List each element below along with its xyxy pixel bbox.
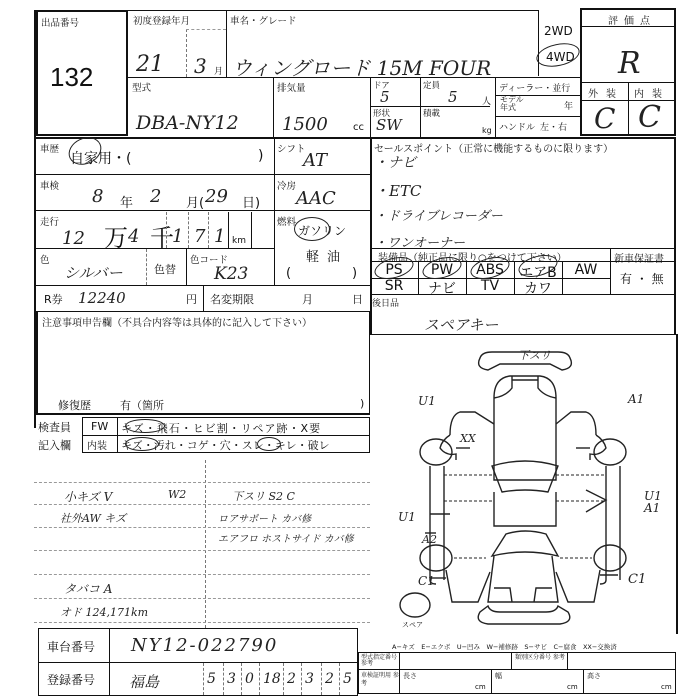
dotted-divider	[321, 663, 322, 695]
interior-circle-2	[257, 437, 281, 451]
recycle-value: 12240	[78, 289, 126, 307]
capacity-value: 5	[448, 88, 458, 106]
divider	[370, 334, 676, 335]
shape-value: SW	[376, 116, 402, 134]
mileage-sen: 4	[128, 226, 139, 247]
warranty-options: 有 ・ 無	[620, 270, 664, 287]
divider	[36, 210, 370, 211]
fuel-circle	[294, 217, 330, 241]
handle-options: 左・右	[540, 120, 567, 133]
model-code-label: 型式	[132, 80, 151, 94]
history-label: 車歴	[40, 141, 59, 155]
dealer-label: ディーラー・並行	[499, 81, 570, 94]
divider	[203, 285, 204, 311]
diagram-mark-front-left: U1	[418, 394, 436, 408]
divider	[228, 212, 229, 248]
lot-box: 出品番号 132	[36, 10, 128, 136]
repair-history-label: 修復歴	[58, 397, 91, 413]
model-code-value: DBA-NY12	[136, 112, 239, 134]
divider	[186, 249, 187, 285]
divider	[117, 418, 118, 452]
dotted-divider	[146, 249, 147, 285]
exterior-label: 外装	[588, 85, 624, 100]
equip-leather: カワ	[514, 278, 562, 298]
load-unit: kg	[482, 126, 492, 135]
diagram-mark-right-door: U1 A1	[644, 490, 664, 514]
divider	[36, 137, 676, 139]
warranty-label: 新車保証書	[614, 250, 664, 265]
reg-digit: 2	[325, 671, 334, 687]
interior-label: 内装	[634, 85, 670, 100]
reg-digit: 0	[245, 671, 254, 687]
divider	[567, 653, 568, 669]
first-reg-month: 3	[194, 54, 207, 78]
load-label: 積載	[423, 107, 440, 119]
inspection-day: 29	[205, 186, 228, 207]
fw-circle	[125, 419, 165, 433]
doors-value: 5	[380, 88, 390, 106]
lot-number: 132	[50, 62, 93, 93]
chassis-table: 車台番号 NY12-022790 登録番号 福島 5 3 0 18 2 3 2 …	[38, 628, 358, 696]
divider	[491, 669, 492, 693]
length-unit: cm	[475, 683, 486, 691]
mileage-label: 走行	[40, 214, 59, 228]
ac-label: 冷房	[277, 178, 296, 192]
repair-yes: 有（箇所	[120, 397, 164, 413]
color-value: シルバー	[64, 262, 123, 283]
note-left-4: タバコ A	[64, 580, 112, 597]
diagram-mark-rear-right: C1	[628, 572, 646, 587]
dotted-divider	[241, 663, 242, 695]
dotted-divider	[283, 663, 284, 695]
dotted-divider	[186, 29, 226, 30]
mileage-d2: 7	[194, 226, 205, 247]
equip-sr: SR	[370, 278, 418, 294]
note-line	[34, 527, 370, 528]
divider	[495, 77, 496, 137]
diagram-mark-left-door: U1	[398, 510, 416, 524]
diagram-mark-left-sill: A2	[422, 533, 437, 546]
divider	[495, 116, 580, 117]
dotted-divider	[339, 663, 340, 695]
right-frame	[676, 334, 678, 634]
displacement-label: 排気量	[277, 80, 306, 94]
diagram-mark-rear-left: C1	[418, 574, 435, 588]
fw-label: FW	[91, 420, 108, 433]
registration-label: 登録番号	[47, 671, 95, 688]
divider	[420, 77, 421, 137]
color-code-value: K23	[214, 264, 248, 284]
displacement-value: 1500	[282, 114, 328, 135]
interior-label: 内装	[87, 437, 107, 452]
spare-label: スペア	[402, 620, 423, 630]
note-line	[34, 574, 370, 575]
repaint-label: 色替	[154, 261, 176, 277]
sales-point-1: ・ナビ	[374, 152, 416, 172]
notes-label: 注意事項申告欄（不具合内容等は具体的に記入して下さい）	[42, 314, 312, 329]
right-frame	[674, 137, 676, 335]
divider	[511, 653, 512, 669]
reg-digit: 5	[343, 671, 352, 687]
divider	[273, 77, 274, 137]
recycle-label: R券	[44, 291, 63, 307]
reg-digit: 3	[305, 671, 314, 687]
fuel-other-close: )	[352, 266, 357, 281]
name-change-label: 名変期限	[210, 291, 254, 307]
dotted-divider	[186, 29, 187, 77]
divider	[370, 77, 371, 137]
divider	[359, 669, 675, 670]
divider	[251, 212, 252, 248]
model-year-unit: 年	[564, 99, 573, 112]
registration-region: 福島	[129, 671, 159, 692]
inspection-month: 2	[150, 186, 161, 207]
reg-digit: 3	[227, 671, 236, 687]
ac-value: AAC	[296, 188, 336, 209]
divider	[128, 77, 580, 78]
fuel-diesel: 軽油	[306, 246, 348, 265]
divider	[370, 294, 676, 295]
inspector-table: FW キズ・飛石・ヒビ割・リペア跡・X要 内装 キズ・汚れ・コゲ・穴・スレ・キレ…	[82, 417, 370, 453]
notes-box: 注意事項申告欄（不具合内容等は具体的に記入して下さい） 修復歴 有（箇所 )	[36, 311, 370, 415]
dotted-divider	[301, 663, 302, 695]
score-label: 評価点	[608, 12, 656, 27]
note-right-3: エアフロ ホストサイド カバ修	[218, 530, 354, 545]
inspector-label-1: 検査員	[38, 419, 71, 435]
top-border	[128, 10, 538, 11]
dotted-divider	[166, 212, 167, 248]
note-right-2: ロアサポート カバ修	[218, 510, 311, 525]
drive-4wd-circle	[534, 40, 582, 71]
height-unit: cm	[661, 683, 672, 691]
dotted-divider	[208, 212, 209, 248]
name-change-month: 月	[302, 291, 313, 307]
repair-close: )	[360, 397, 364, 410]
divider	[610, 248, 611, 294]
lot-label: 出品番号	[41, 15, 79, 29]
divider	[39, 662, 357, 663]
divider	[274, 137, 275, 285]
score-interior: C	[638, 100, 661, 135]
later-items-value: スペアキー	[424, 314, 498, 335]
diagram-mark-hood: XX	[460, 432, 476, 445]
width-unit: cm	[567, 683, 578, 691]
first-reg-year: 21	[136, 52, 164, 77]
note-left-3: 社外AW キズ	[60, 510, 126, 526]
inspection-year: 8	[92, 186, 103, 207]
shift-label: シフト	[277, 141, 306, 155]
dotted-divider	[223, 663, 224, 695]
model-year-label: モデル年式	[500, 96, 530, 112]
fuel-label: 燃料	[277, 214, 296, 228]
drive-2wd: 2WD	[544, 24, 573, 38]
car-name-label: 車名・グレード	[230, 13, 297, 27]
inspection-label: 車検	[40, 178, 59, 192]
note-line	[34, 550, 370, 551]
inspection-year-unit: 年	[120, 192, 133, 211]
length-label: 長さ	[403, 671, 417, 681]
dotted-divider	[203, 663, 204, 695]
note-line	[34, 598, 370, 599]
equip-tv: TV	[466, 278, 514, 294]
mileage-unit: km	[232, 236, 246, 246]
reference-table: 型式指定番号 参考 類別区分番号 参考 車検証明用 参考 長さ cm 幅 cm …	[358, 652, 676, 694]
note-left-2: W2	[168, 488, 186, 501]
divider	[36, 174, 370, 175]
divider	[36, 248, 274, 249]
mileage-man: 12	[62, 228, 85, 249]
handle-label: ハンドル	[499, 120, 535, 133]
sales-point-3: ・ドライブレコーダー	[374, 205, 503, 224]
capacity-label: 定員	[423, 79, 440, 91]
equip-aw: AW	[562, 262, 610, 278]
note-right-1: 下スリ S2 C	[232, 488, 295, 504]
inspection-month-unit: 月(	[186, 192, 204, 211]
recycle-unit: 円	[186, 291, 197, 307]
mileage-d1: 1	[172, 226, 183, 247]
type-designation-label: 型式指定番号 参考	[361, 655, 399, 667]
later-items-label: 後日品	[372, 296, 399, 309]
damage-legend: A−キズ E−エクボ U−凹み W−補修跡 S−サビ C−腐食 XX−交換済	[392, 642, 617, 651]
reg-digit: 2	[287, 671, 296, 687]
score-exterior: C	[594, 102, 615, 135]
score-overall: R	[618, 46, 641, 81]
divider	[226, 10, 227, 78]
color-label: 色	[40, 252, 50, 266]
chassis-label: 車台番号	[47, 638, 95, 655]
dimensions-label: 車検証明用 参考	[361, 672, 399, 688]
sales-point-2: ・ETC	[374, 180, 421, 201]
reg-digit: 5	[207, 671, 216, 687]
dotted-divider	[188, 212, 189, 248]
category-label: 類別区分番号 参考	[515, 655, 565, 661]
displacement-unit: cc	[353, 122, 364, 133]
score-box: 評価点 R 外装 内装 C C	[580, 8, 676, 136]
diagram-mark-front-bumper: 下スリ	[518, 347, 551, 363]
height-label: 高さ	[587, 671, 601, 681]
interior-circle	[125, 437, 159, 451]
shift-value: AT	[303, 150, 327, 171]
first-reg-label: 初度登録年月	[133, 13, 190, 27]
divider	[628, 82, 629, 134]
note-line	[34, 482, 370, 483]
divider	[583, 669, 584, 693]
mileage-d3: 1	[214, 226, 225, 247]
month-unit: 月	[214, 64, 223, 77]
reg-digit: 18	[263, 671, 281, 687]
inspection-day-unit: 日)	[242, 192, 260, 211]
chassis-value: NY12-022790	[131, 635, 278, 656]
diagram-mark-front-right: A1	[628, 392, 644, 406]
note-left-5: オド 124,171km	[60, 604, 148, 620]
equip-navi: ナビ	[418, 278, 466, 298]
divider	[399, 653, 400, 693]
note-line	[34, 622, 370, 623]
divider	[538, 10, 539, 76]
dotted-divider	[259, 663, 260, 695]
history-close: )	[258, 148, 263, 164]
name-change-day: 日	[352, 291, 363, 307]
inspector-label-2: 記入欄	[38, 437, 71, 453]
width-label: 幅	[495, 671, 502, 681]
dotted-divider	[205, 460, 206, 628]
fuel-other-open: (	[286, 266, 291, 281]
note-left-1: 小キズ V	[64, 488, 112, 505]
